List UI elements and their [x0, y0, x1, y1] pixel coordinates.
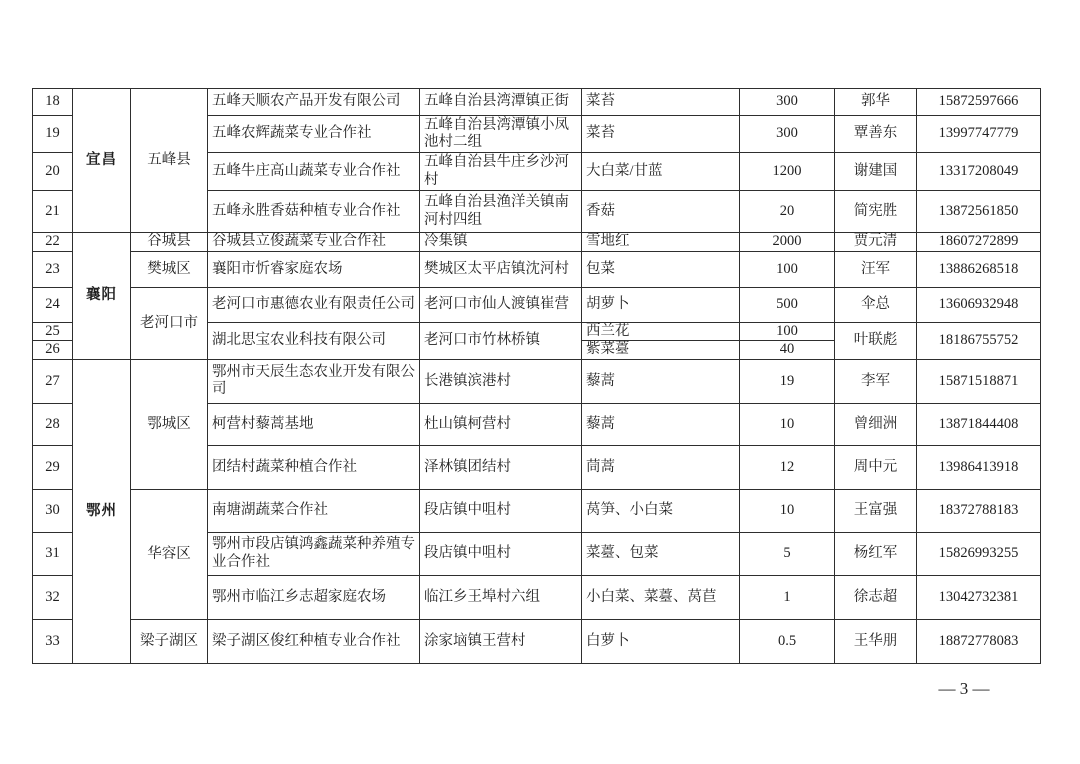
cell-no: 30 [33, 489, 73, 532]
cell-vegetable: 香菇 [582, 191, 740, 233]
cell-company: 湖北思宝农业科技有限公司 [208, 323, 420, 360]
cell-phone: 13886268518 [917, 252, 1041, 288]
cell-address: 老河口市仙人渡镇崔营 [420, 288, 582, 323]
vegetable-supply-table: 18宜昌五峰县五峰天顺农产品开发有限公司五峰自治县湾潭镇正街菜苔300郭华158… [32, 88, 1041, 664]
cell-phone: 13317208049 [917, 153, 1041, 191]
cell-phone: 13871844408 [917, 403, 1041, 445]
cell-contact: 叶联彪 [835, 323, 917, 360]
cell-contact: 徐志超 [835, 575, 917, 619]
cell-vegetable: 白萝卜 [582, 619, 740, 663]
cell-no: 28 [33, 403, 73, 445]
cell-no: 22 [33, 233, 73, 252]
cell-contact: 谢建国 [835, 153, 917, 191]
cell-quantity: 300 [740, 89, 835, 116]
page-number: — 3 — [888, 679, 1040, 699]
table-row: 18宜昌五峰县五峰天顺农产品开发有限公司五峰自治县湾潭镇正街菜苔300郭华158… [33, 89, 1041, 116]
cell-contact: 覃善东 [835, 116, 917, 153]
cell-quantity: 1200 [740, 153, 835, 191]
cell-company: 鄂州市临江乡志超家庭农场 [208, 575, 420, 619]
cell-no: 26 [33, 341, 73, 359]
cell-no: 29 [33, 445, 73, 489]
cell-vegetable: 紫菜薹 [582, 341, 740, 359]
cell-county: 鄂城区 [131, 359, 208, 489]
cell-county: 老河口市 [131, 288, 208, 360]
cell-quantity: 20 [740, 191, 835, 233]
cell-vegetable: 胡萝卜 [582, 288, 740, 323]
cell-no: 24 [33, 288, 73, 323]
cell-phone: 18607272899 [917, 233, 1041, 252]
cell-phone: 15872597666 [917, 89, 1041, 116]
cell-vegetable: 菜苔 [582, 116, 740, 153]
cell-quantity: 10 [740, 489, 835, 532]
cell-company: 谷城县立俊蔬菜专业合作社 [208, 233, 420, 252]
cell-vegetable: 茼蒿 [582, 445, 740, 489]
cell-quantity: 19 [740, 359, 835, 403]
table-row: 33梁子湖区梁子湖区俊红种植专业合作社涂家垴镇王营村白萝卜0.5王华朋18872… [33, 619, 1041, 663]
cell-no: 31 [33, 532, 73, 575]
cell-phone: 18372788183 [917, 489, 1041, 532]
cell-company: 五峰牛庄高山蔬菜专业合作社 [208, 153, 420, 191]
cell-quantity: 12 [740, 445, 835, 489]
cell-quantity: 300 [740, 116, 835, 153]
cell-vegetable: 菜苔 [582, 89, 740, 116]
table-row: 24老河口市老河口市惠德农业有限责任公司老河口市仙人渡镇崔营胡萝卜500伞总13… [33, 288, 1041, 323]
cell-quantity: 500 [740, 288, 835, 323]
cell-no: 18 [33, 89, 73, 116]
cell-address: 涂家垴镇王营村 [420, 619, 582, 663]
cell-phone: 18872778083 [917, 619, 1041, 663]
cell-contact: 曾细洲 [835, 403, 917, 445]
table-row: 23樊城区襄阳市忻睿家庭农场樊城区太平店镇沈河村包菜100汪军138862685… [33, 252, 1041, 288]
cell-address: 长港镇滨港村 [420, 359, 582, 403]
cell-company: 老河口市惠德农业有限责任公司 [208, 288, 420, 323]
cell-quantity: 100 [740, 252, 835, 288]
cell-phone: 13986413918 [917, 445, 1041, 489]
cell-company: 鄂州市天辰生态农业开发有限公司 [208, 359, 420, 403]
cell-contact: 简宪胜 [835, 191, 917, 233]
cell-county: 谷城县 [131, 233, 208, 252]
cell-address: 五峰自治县湾潭镇正街 [420, 89, 582, 116]
cell-vegetable: 藜蒿 [582, 359, 740, 403]
cell-phone: 15871518871 [917, 359, 1041, 403]
cell-vegetable: 包菜 [582, 252, 740, 288]
cell-quantity: 5 [740, 532, 835, 575]
cell-quantity: 40 [740, 341, 835, 359]
cell-address: 段店镇中咀村 [420, 532, 582, 575]
table-row: 22襄阳谷城县谷城县立俊蔬菜专业合作社冷集镇雪地红2000贾元清18607272… [33, 233, 1041, 252]
cell-no: 32 [33, 575, 73, 619]
cell-county: 华容区 [131, 489, 208, 619]
cell-vegetable: 小白菜、菜薹、莴苣 [582, 575, 740, 619]
cell-no: 25 [33, 323, 73, 341]
cell-address: 临江乡王埠村六组 [420, 575, 582, 619]
cell-contact: 王华朋 [835, 619, 917, 663]
cell-phone: 13606932948 [917, 288, 1041, 323]
cell-quantity: 0.5 [740, 619, 835, 663]
cell-company: 五峰农辉蔬菜专业合作社 [208, 116, 420, 153]
cell-phone: 13872561850 [917, 191, 1041, 233]
cell-city: 襄阳 [73, 233, 131, 360]
cell-vegetable: 大白菜/甘蓝 [582, 153, 740, 191]
cell-company: 柯营村藜蒿基地 [208, 403, 420, 445]
cell-company: 五峰永胜香菇种植专业合作社 [208, 191, 420, 233]
cell-no: 19 [33, 116, 73, 153]
cell-address: 冷集镇 [420, 233, 582, 252]
cell-city: 鄂州 [73, 359, 131, 663]
cell-quantity: 1 [740, 575, 835, 619]
cell-address: 五峰自治县渔洋关镇南河村四组 [420, 191, 582, 233]
cell-company: 五峰天顺农产品开发有限公司 [208, 89, 420, 116]
cell-county: 樊城区 [131, 252, 208, 288]
cell-address: 段店镇中咀村 [420, 489, 582, 532]
cell-county: 五峰县 [131, 89, 208, 233]
cell-county: 梁子湖区 [131, 619, 208, 663]
cell-vegetable: 莴笋、小白菜 [582, 489, 740, 532]
cell-no: 33 [33, 619, 73, 663]
table-row: 27鄂州鄂城区鄂州市天辰生态农业开发有限公司长港镇滨港村藜蒿19李军158715… [33, 359, 1041, 403]
cell-no: 23 [33, 252, 73, 288]
cell-company: 鄂州市段店镇鸿鑫蔬菜种养殖专业合作社 [208, 532, 420, 575]
cell-phone: 18186755752 [917, 323, 1041, 360]
cell-address: 樊城区太平店镇沈河村 [420, 252, 582, 288]
cell-address: 泽林镇团结村 [420, 445, 582, 489]
cell-address: 杜山镇柯营村 [420, 403, 582, 445]
cell-address: 老河口市竹林桥镇 [420, 323, 582, 360]
cell-no: 21 [33, 191, 73, 233]
cell-phone: 13042732381 [917, 575, 1041, 619]
cell-contact: 周中元 [835, 445, 917, 489]
cell-quantity: 100 [740, 323, 835, 341]
cell-contact: 杨红军 [835, 532, 917, 575]
cell-contact: 郭华 [835, 89, 917, 116]
cell-contact: 汪军 [835, 252, 917, 288]
cell-phone: 13997747779 [917, 116, 1041, 153]
cell-company: 襄阳市忻睿家庭农场 [208, 252, 420, 288]
cell-contact: 李军 [835, 359, 917, 403]
table-body: 18宜昌五峰县五峰天顺农产品开发有限公司五峰自治县湾潭镇正街菜苔300郭华158… [33, 89, 1041, 664]
cell-no: 20 [33, 153, 73, 191]
cell-vegetable: 雪地红 [582, 233, 740, 252]
cell-city: 宜昌 [73, 89, 131, 233]
cell-contact: 贾元清 [835, 233, 917, 252]
cell-vegetable: 菜薹、包菜 [582, 532, 740, 575]
cell-contact: 伞总 [835, 288, 917, 323]
cell-contact: 王富强 [835, 489, 917, 532]
cell-quantity: 2000 [740, 233, 835, 252]
table-row: 30华容区南塘湖蔬菜合作社段店镇中咀村莴笋、小白菜10王富强1837278818… [33, 489, 1041, 532]
cell-phone: 15826993255 [917, 532, 1041, 575]
cell-no: 27 [33, 359, 73, 403]
cell-address: 五峰自治县牛庄乡沙河村 [420, 153, 582, 191]
cell-company: 团结村蔬菜种植合作社 [208, 445, 420, 489]
cell-vegetable: 西兰花 [582, 323, 740, 341]
cell-company: 梁子湖区俊红种植专业合作社 [208, 619, 420, 663]
cell-address: 五峰自治县湾潭镇小凤池村二组 [420, 116, 582, 153]
cell-vegetable: 藜蒿 [582, 403, 740, 445]
cell-company: 南塘湖蔬菜合作社 [208, 489, 420, 532]
cell-quantity: 10 [740, 403, 835, 445]
